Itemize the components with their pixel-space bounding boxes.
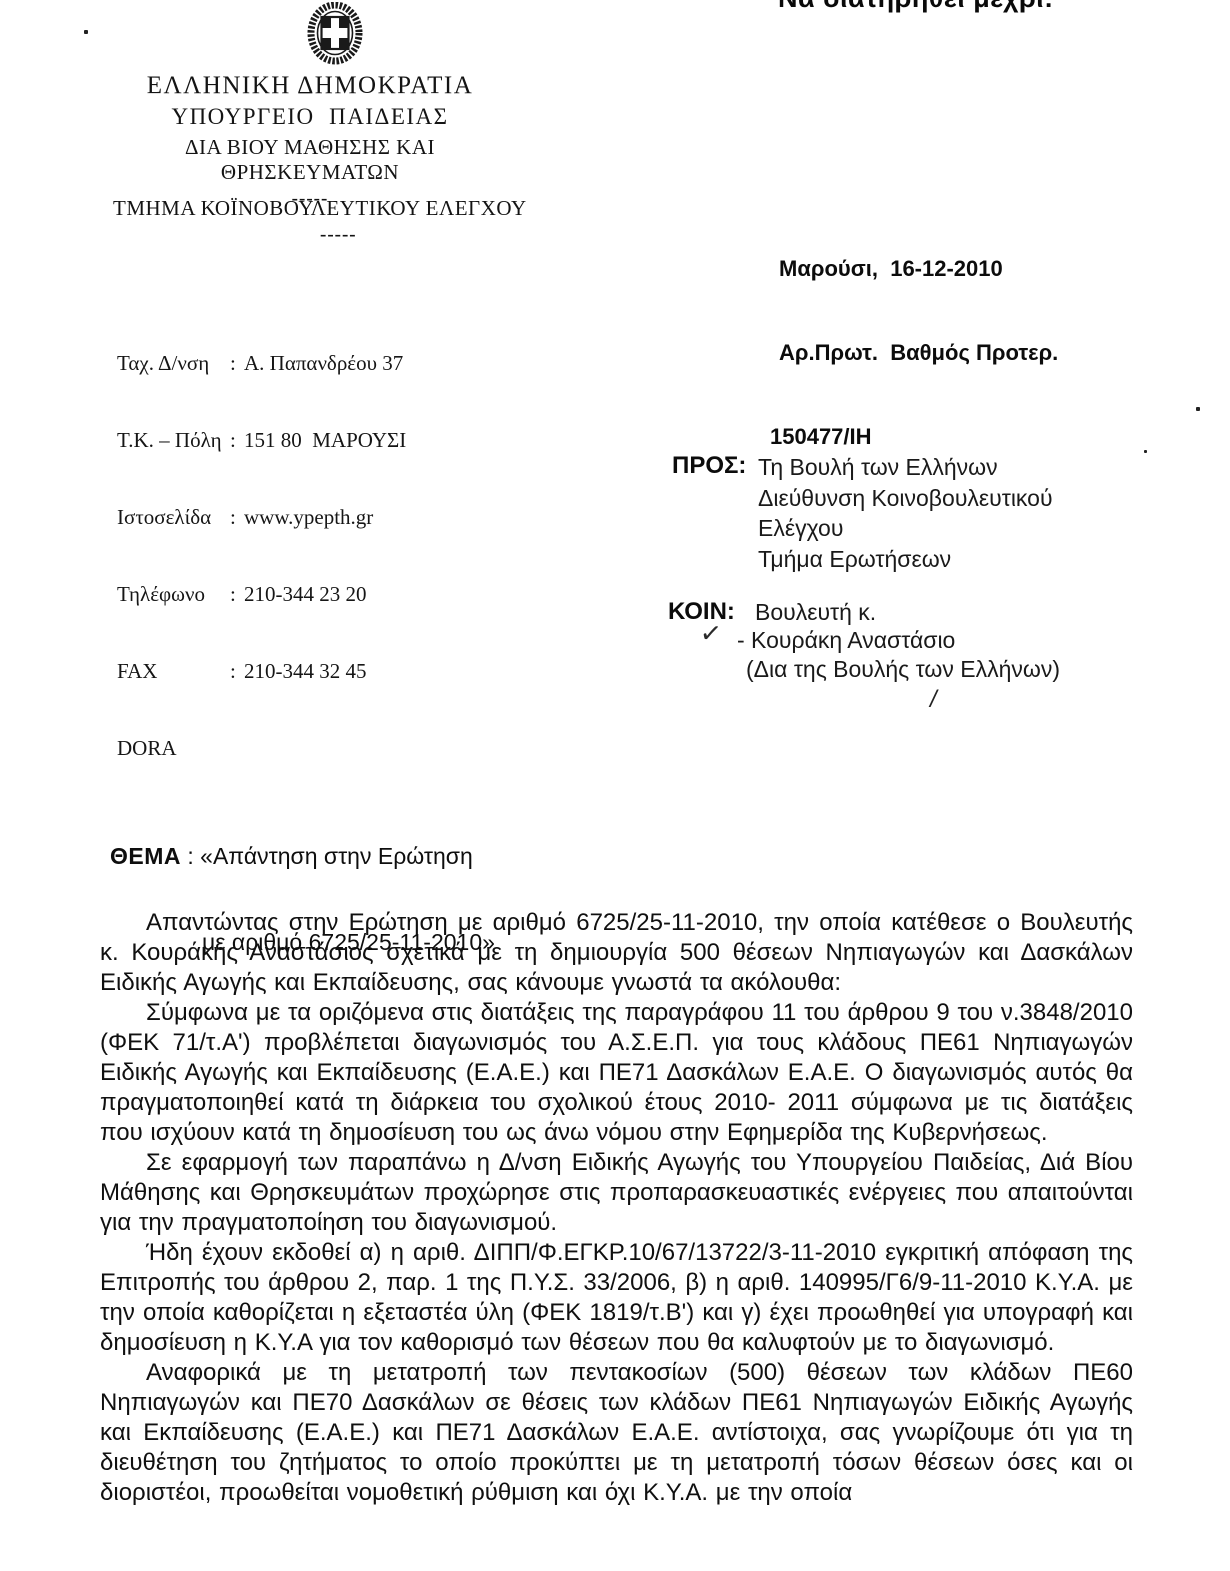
retention-note-clipped: Να διατηρηθεί μέχρι: [778,0,1158,15]
body-paragraph: Ήδη έχουν εκδοθεί α) η αριθ. ΔΙΠΠ/Φ.ΕΓΚΡ… [100,1238,1133,1358]
contact-label: FAX [117,658,230,685]
cc-name: - Κουράκη Αναστάσιο [737,627,955,654]
body-paragraph: Σε εφαρμογή των παραπάνω η Δ/νση Ειδικής… [100,1148,1133,1238]
contact-row: FAX:210-344 32 45 [117,658,406,685]
contact-label: Τ.Κ. – Πόλη [117,427,230,454]
body-paragraph: Σύμφωνα με τα οριζόμενα στις διατάξεις τ… [100,998,1133,1148]
letterhead: ΕΛΛΗΝΙΚΗ ΔΗΜΟΚΡΑΤΙΑ ΥΠΟΥΡΓΕΙΟ ΠΑΙΔΕΙΑΣ Δ… [110,72,510,210]
scan-artifact-dot [1196,407,1200,411]
body-paragraph: Απαντώντας στην Ερώτηση με αριθμό 6725/2… [100,908,1133,998]
to-line: Διεύθυνση Κοινοβουλευτικού [758,483,1053,514]
scan-artifact-dot [84,30,88,34]
contact-row: Ιστοσελίδα:www.ypepth.gr [117,504,406,531]
checkmark-icon: ✓ [698,617,723,650]
contact-label: DORA [117,735,230,762]
retention-note-text: Να διατηρηθεί μέχρι: [778,0,1158,14]
subject-text: «Απάντηση στην Ερώτηση [200,843,473,869]
contact-label: Τηλέφωνο [117,581,230,608]
to-block: ΠΡΟΣ: Τη Βουλή των Ελλήνων Διεύθυνση Κοι… [672,452,1053,574]
contact-row: Ταχ. Δ/νση:Α. Παπανδρέου 37 [117,350,406,377]
subject-separator: : [181,843,200,869]
protocol-number: 150477/ΙΗ [770,423,1058,451]
ministry-title: ΥΠΟΥΡΓΕΙΟ ΠΑΙΔΕΙΑΣ [110,104,510,130]
cc-addressee: Βουλευτή κ. [755,599,876,626]
scanned-letter-page: Να διατηρηθεί μέχρι: ΕΛΛΗΝΙΚΗ ΔΗΜΟΚΡΑΤΙΑ… [0,0,1230,1571]
contact-row: Τ.Κ. – Πόλη:151 80 ΜΑΡΟΥΣΙ [117,427,406,454]
to-line: Τη Βουλή των Ελλήνων [758,452,1053,483]
protocol-label: Αρ.Πρωτ. Βαθμός Προτερ. [779,339,1058,367]
cc-via: (Δια της Βουλής των Ελλήνων) [746,656,1060,683]
department-divider: ----- [320,224,357,246]
contact-value: 210-344 23 20 [244,581,367,608]
body-paragraph: Αναφορικά με τη μετατροπή των πεντακοσίω… [100,1358,1133,1508]
contact-label: Ταχ. Δ/νση [117,350,230,377]
subject-line1: ΘΕΜΑ : «Απάντηση στην Ερώτηση [110,843,495,869]
to-line: Ελέγχου [758,513,1053,544]
ministry-subtitle: ΔΙΑ ΒΙΟΥ ΜΑΘΗΣΗΣ ΚΑΙ ΘΡΗΣΚΕΥΜΑΤΩΝ [110,135,510,185]
contact-row: DORA [117,735,406,762]
contact-value: 210-344 32 45 [244,658,367,685]
to-line: Τμήμα Ερωτήσεων [758,544,1053,575]
to-lines: Τη Βουλή των Ελλήνων Διεύθυνση Κοινοβουλ… [758,452,1053,574]
greek-coat-of-arms-icon [306,2,364,66]
contact-block: Ταχ. Δ/νση:Α. Παπανδρέου 37 Τ.Κ. – Πόλη:… [117,300,406,812]
contact-value: www.ypepth.gr [244,504,373,531]
subject-label: ΘΕΜΑ [110,843,181,869]
contact-label: Ιστοσελίδα [117,504,230,531]
letter-body: Απαντώντας στην Ερώτηση με αριθμό 6725/2… [100,908,1133,1508]
scan-artifact-dot [1144,450,1147,453]
contact-value: 151 80 ΜΑΡΟΥΣΙ [244,427,406,454]
contact-value: Α. Παπανδρέου 37 [244,350,403,377]
stray-pen-mark: / [930,686,937,714]
contact-row: Τηλέφωνο:210-344 23 20 [117,581,406,608]
to-label: ΠΡΟΣ: [672,452,738,574]
department-title: ΤΜΗΜΑ ΚΟΪΝΟΒΟΥΛΕΥΤΙΚΟΥ ΕΛΕΓΧΟΥ [113,196,527,221]
place-date: Μαρούσι, 16-12-2010 [779,255,1058,283]
republic-title: ΕΛΛΗΝΙΚΗ ΔΗΜΟΚΡΑΤΙΑ [110,72,510,100]
